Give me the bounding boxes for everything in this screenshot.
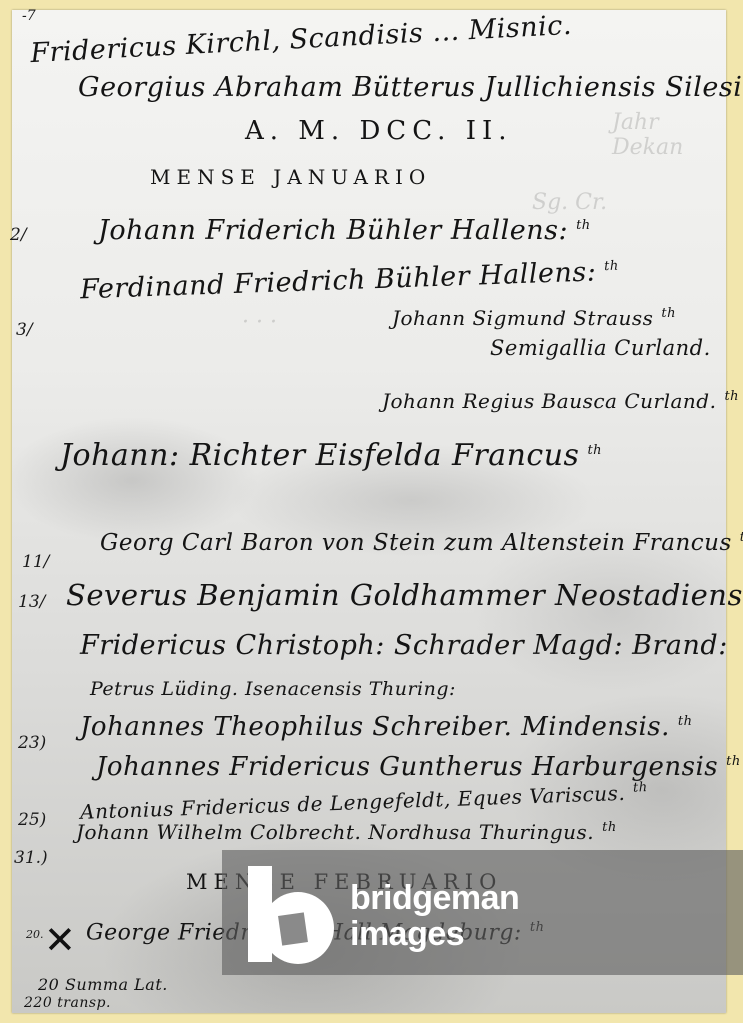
entry-text: Johann: Richter Eisfelda Francus <box>60 438 579 473</box>
entry-line: Johann Wilhelm Colbrecht. Nordhusa Thuri… <box>76 820 617 844</box>
entry-line: Johannes Fridericus Guntherus Harburgens… <box>96 752 741 782</box>
entry-line: Fridericus Christoph: Schrader Magd: Bra… <box>80 630 728 661</box>
margin-mark: -7 <box>22 8 36 24</box>
entry-text: Johann Friderich Bühler Hallens: <box>98 215 568 246</box>
margin-number: 2/ <box>10 225 27 245</box>
year-heading: A. M. DCC. II. <box>245 116 513 146</box>
margin-number: 13/ <box>18 592 45 612</box>
theology-mark: th <box>633 780 648 796</box>
watermark-text: bridgeman images <box>350 880 519 952</box>
entry-text: Johann Wilhelm Colbrecht. Nordhusa Thuri… <box>76 820 594 844</box>
entry-line: Johann: Richter Eisfelda Francusth <box>60 438 602 473</box>
theology-mark: th <box>576 218 591 233</box>
bleed-through-text: Sg. Cr. <box>532 190 607 215</box>
entry-text: Georg Carl Baron von Stein zum Altenstei… <box>100 530 732 556</box>
entry-line: Johann Regius Bausca Curland.th <box>382 389 739 413</box>
entry-text: Johannes Theophilus Schreiber. Mindensis… <box>80 712 670 742</box>
margin-number: 25) <box>18 810 46 830</box>
margin-number: 20. <box>26 928 44 941</box>
entry-line: Johann Sigmund Straussth <box>392 306 676 330</box>
entry-line: Semigallia Curland. <box>490 336 711 360</box>
theology-mark: th <box>726 754 741 769</box>
bridgeman-watermark: bridgeman images <box>222 850 743 975</box>
entry-line: Georg Carl Baron von Stein zum Altenstei… <box>100 530 743 556</box>
watermark-line-2: images <box>350 916 519 952</box>
theology-mark: th <box>602 820 617 835</box>
summa-total: 20 Summa Lat. <box>38 975 168 994</box>
theology-mark: th <box>678 714 693 729</box>
margin-number: 11/ <box>22 552 49 572</box>
entry-text: Johann Regius Bausca Curland. <box>382 389 716 413</box>
theology-mark: th <box>661 306 676 321</box>
bridgeman-logo-icon <box>246 866 336 966</box>
cross-mark: ✕ <box>44 918 76 962</box>
watermark-line-1: bridgeman <box>350 880 519 916</box>
theology-mark: th <box>604 259 619 275</box>
bleed-through-text: · · · <box>242 310 277 335</box>
entry-text: Johann Sigmund Strauss <box>392 306 653 330</box>
bleed-through-text: JahrDekan <box>612 110 683 160</box>
entry-text: Johannes Fridericus Guntherus Harburgens… <box>96 752 718 782</box>
margin-number: 31.) <box>14 848 48 868</box>
entry-line: Severus Benjamin Goldhammer Neostadiensi… <box>66 578 743 612</box>
entry-line: Johann Friderich Bühler Hallens:th <box>98 215 591 246</box>
theology-mark: th <box>724 389 739 404</box>
entry-line: Georgius Abraham Bütterus Jullichiensis … <box>78 72 743 103</box>
margin-number: 3/ <box>16 320 33 340</box>
entry-line: Petrus Lüding. Isenacensis Thuring: <box>90 678 456 700</box>
transport-total: 220 transp. <box>24 995 111 1011</box>
entry-line: Johannes Theophilus Schreiber. Mindensis… <box>80 712 693 742</box>
margin-number: 23) <box>18 733 46 753</box>
month-heading-january: MENSE JANUARIO <box>150 165 431 189</box>
theology-mark: th <box>587 443 602 458</box>
